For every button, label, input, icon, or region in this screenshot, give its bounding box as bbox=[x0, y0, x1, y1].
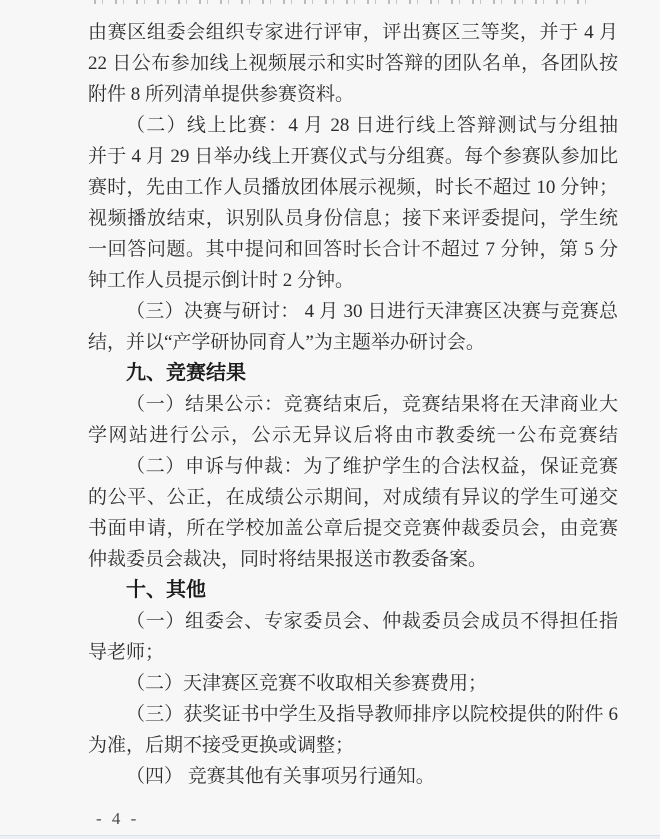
text-line: 由赛区组委会组织专家进行评审，评出赛区三等奖，并于 4 月 bbox=[88, 17, 618, 48]
text-line: （三）获奖证书中学生及指导教师排序以院校提供的附件 6 bbox=[88, 699, 618, 730]
text-line: 附件 8 所列清单提供参赛资料。 bbox=[88, 79, 618, 110]
text-line: 书面申请，所在学校加盖公章后提交竞赛仲裁委员会，由竞赛 bbox=[88, 513, 618, 544]
text-line: 为准，后期不接受更换或调整； bbox=[88, 730, 618, 761]
text-line: （二）天津赛区竞赛不收取相关参赛费用； bbox=[88, 668, 618, 699]
page-number: - 4 - bbox=[96, 809, 139, 829]
text-line: 导老师； bbox=[88, 637, 618, 668]
text-line: 视频播放结束，识别队员身份信息；接下来评委提问，学生统 bbox=[88, 203, 618, 234]
text-line: 并于 4 月 29 日举办线上开赛仪式与分组赛。每个参赛队参加比 bbox=[88, 141, 618, 172]
text-line: 仲裁委员会裁决，同时将结果报送市教委备案。 bbox=[88, 544, 618, 575]
text-line: （四） 竞赛其他有关事项另行通知。 bbox=[88, 761, 618, 792]
text-line: （二）申诉与仲裁：为了维护学生的合法权益，保证竞赛 bbox=[88, 451, 618, 482]
document-page: 由赛区组委会组织专家进行评审，评出赛区三等奖，并于 4 月22 日公布参加线上视… bbox=[0, 0, 660, 839]
page-bottom-edge bbox=[0, 835, 660, 839]
text-line: 学网站进行公示，公示无异议后将由市教委统一公布竞赛结果。 bbox=[88, 420, 618, 451]
clipped-text-remnant bbox=[88, 0, 590, 4]
document-body: 由赛区组委会组织专家进行评审，评出赛区三等奖，并于 4 月22 日公布参加线上视… bbox=[88, 17, 618, 792]
text-line: （二）线上比赛：4 月 28 日进行线上答辩测试与分组抽签， bbox=[88, 110, 618, 141]
text-line: 结，并以“产学研协同育人”为主题举办研讨会。 bbox=[88, 327, 618, 358]
text-line: （一）组委会、专家委员会、仲裁委员会成员不得担任指 bbox=[88, 606, 618, 637]
text-line: 一回答问题。其中提问和回答时长合计不超过 7 分钟，第 5 分 bbox=[88, 234, 618, 265]
text-line: （一）结果公示：竞赛结束后，竞赛结果将在天津商业大 bbox=[88, 389, 618, 420]
section-heading: 九、竞赛结果 bbox=[88, 358, 618, 389]
text-line: 赛时，先由工作人员播放团体展示视频，时长不超过 10 分钟； bbox=[88, 172, 618, 203]
text-line: 22 日公布参加线上视频展示和实时答辩的团队名单，各团队按 bbox=[88, 48, 618, 79]
text-line: 的公平、公正，在成绩公示期间，对成绩有异议的学生可递交 bbox=[88, 482, 618, 513]
text-line: 钟工作人员提示倒计时 2 分钟。 bbox=[88, 265, 618, 296]
text-line: （三）决赛与研讨： 4 月 30 日进行天津赛区决赛与竞赛总 bbox=[88, 296, 618, 327]
section-heading: 十、其他 bbox=[88, 575, 618, 606]
